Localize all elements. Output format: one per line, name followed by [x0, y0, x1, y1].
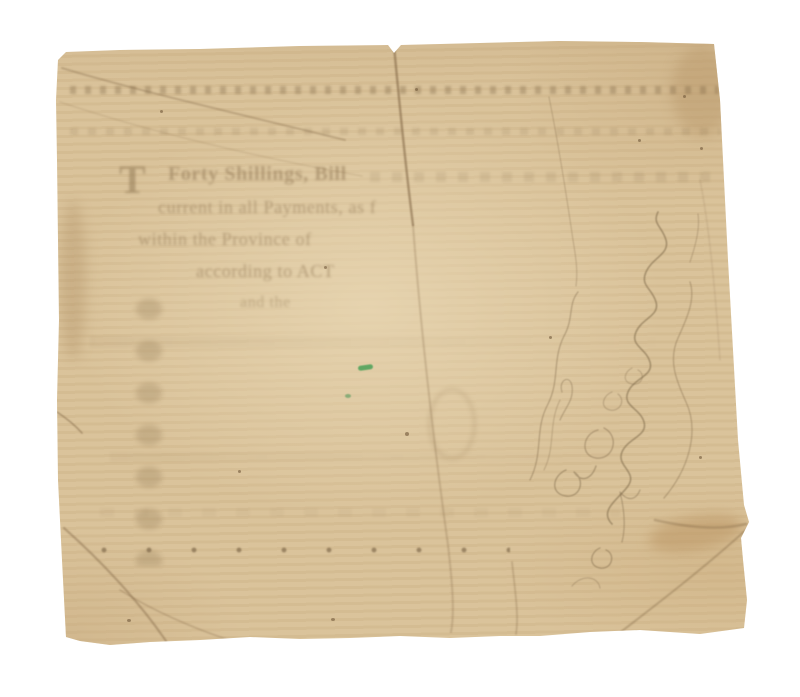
scan-background: T Forty Shillings, Bill current in all P…	[0, 0, 800, 697]
loop-el	[560, 379, 572, 420]
loop-a	[555, 466, 596, 496]
script-long-tail	[549, 97, 577, 286]
initial-f	[620, 490, 640, 542]
signature-stroke-main	[607, 212, 666, 524]
loop-small-1	[603, 392, 621, 410]
paper-note: T Forty Shillings, Bill current in all P…	[0, 0, 800, 697]
signature-stroke-tail	[690, 214, 699, 262]
script-stroke-1	[530, 292, 578, 480]
signature-stroke-flourish	[664, 282, 692, 498]
script-left-small	[530, 97, 578, 480]
initials-bottom	[572, 490, 640, 588]
initial-swash	[572, 578, 600, 588]
loop-small-2	[625, 368, 642, 384]
initial-a	[592, 548, 612, 568]
handwriting-layer	[0, 0, 800, 697]
script-middle-loops	[555, 368, 643, 496]
loop-d	[585, 428, 613, 458]
script-stroke-2	[544, 400, 560, 470]
signature-right-large	[607, 212, 698, 524]
